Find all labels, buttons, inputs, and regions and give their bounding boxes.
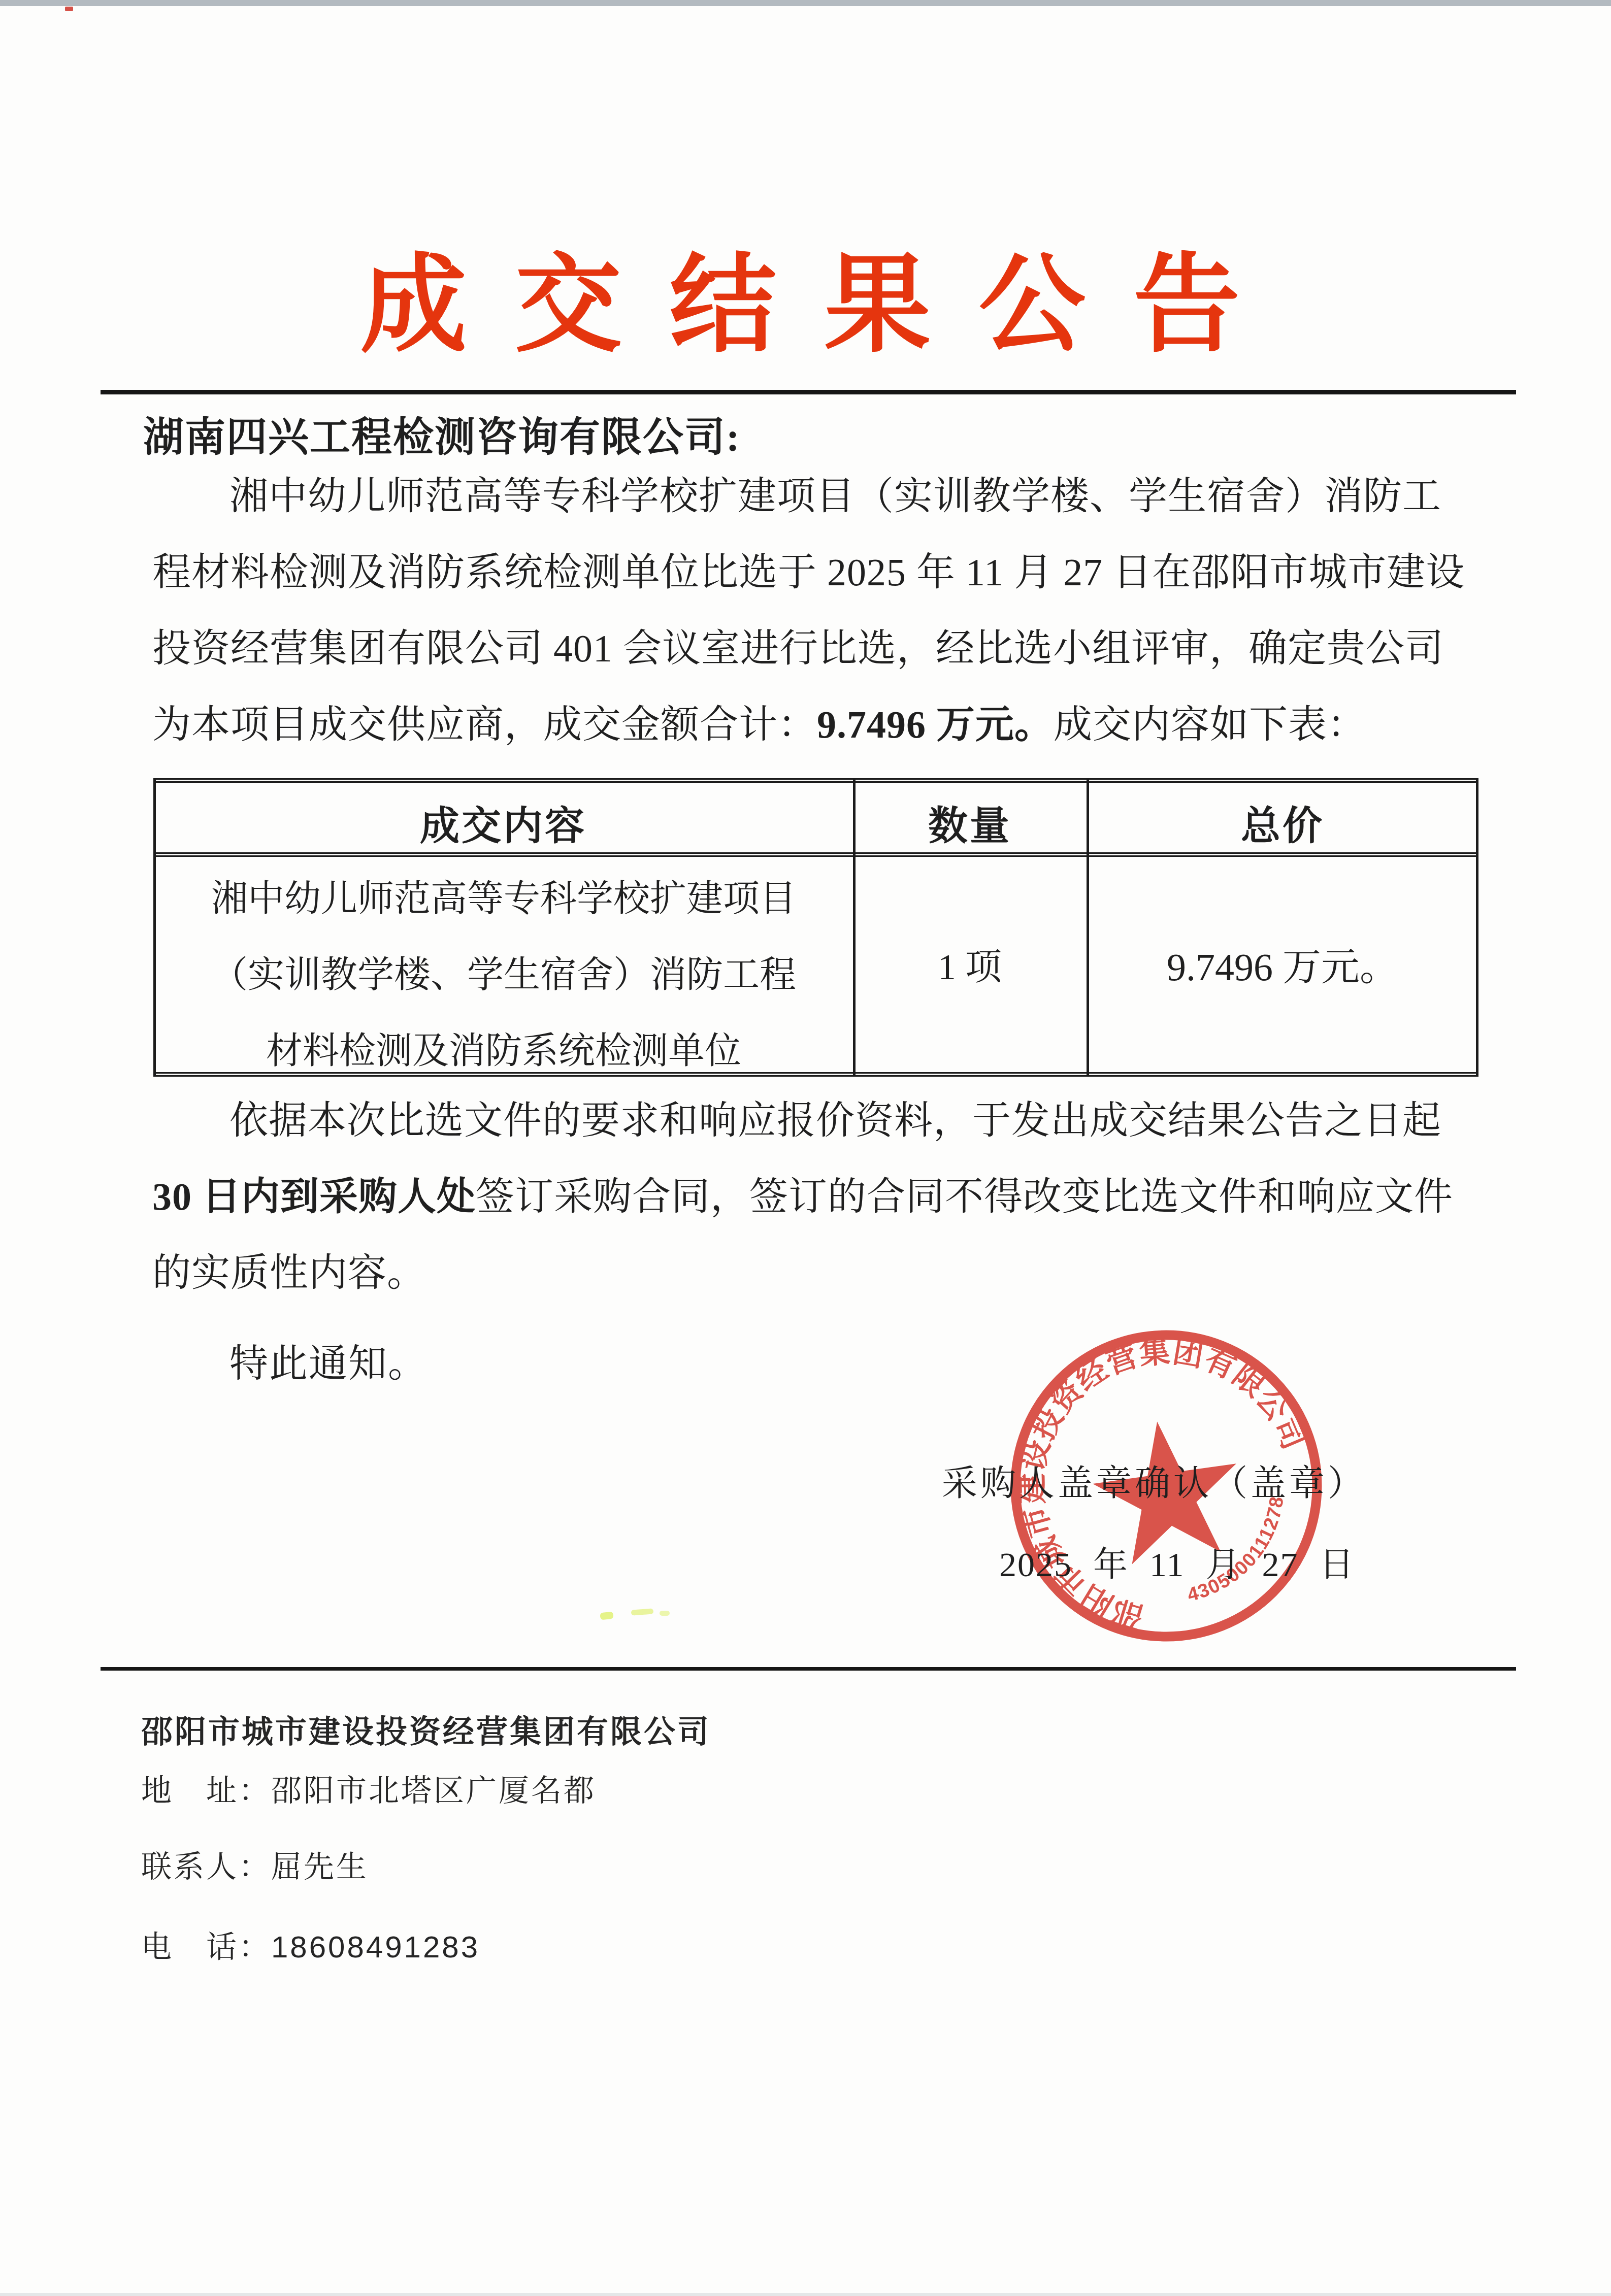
table-border-top	[153, 778, 1478, 783]
paragraph2-line3: 的实质性内容。	[152, 1249, 426, 1297]
award-amount: 9.7496 万元。	[817, 704, 1054, 746]
purchaser-confirm-line: 采购人盖章确认（盖章）	[942, 1455, 1366, 1506]
table-cell-total: 9.7496 万元。	[1087, 854, 1478, 1073]
table-cell-quantity: 1 项	[853, 854, 1087, 1073]
highlighter-mark	[631, 1608, 654, 1615]
award-table: 成交内容 数量 总价 湘中幼儿师范高等专科学校扩建项目 （实训教学楼、学生宿舍）…	[153, 778, 1478, 1077]
amount-tail-text: 成交内容如下表：	[1054, 704, 1366, 746]
paragraph1-line1: 湘中幼儿师范高等专科学校扩建项目（实训教学楼、学生宿舍）消防工	[229, 472, 1441, 521]
scanned-document-page: 成 交 结 果 公 告 湖南四兴工程检测咨询有限公司: 湘中幼儿师范高等专科学校…	[0, 0, 1611, 2296]
scanner-edge-top	[0, 0, 1611, 6]
deadline-text: 30 日内到采购人处	[152, 1176, 476, 1218]
amount-lead-text: 为本项目成交供应商，成交金额合计：	[152, 704, 817, 746]
paragraph1-line3: 投资经营集团有限公司 401 会议室进行比选，经比选小组评审，确定贵公司	[152, 624, 1444, 673]
table-cell-content: 湘中幼儿师范高等专科学校扩建项目 （实训教学楼、学生宿舍）消防工程 材料检测及消…	[174, 860, 834, 1089]
paragraph2-line1: 依据本次比选文件的要求和响应报价资料，于发出成交结果公告之日起	[229, 1096, 1441, 1145]
paragraph1-line4: 为本项目成交供应商，成交金额合计：9.7496 万元。成交内容如下表：	[152, 701, 1366, 749]
footer-contact-person: 联系人：屈先生	[141, 1843, 369, 1886]
content-line: 湘中幼儿师范高等专科学校扩建项目	[174, 860, 834, 937]
footer-address: 地 址：邵阳市北塔区广厦名都	[141, 1767, 596, 1810]
paragraph2-line2: 30 日内到采购人处签订采购合同，签订的合同不得改变比选文件和响应文件	[152, 1173, 1453, 1221]
title-divider-line	[101, 390, 1516, 394]
content-line: （实训教学楼、学生宿舍）消防工程	[174, 937, 834, 1013]
content-line: 材料检测及消防系统检测单位	[174, 1013, 834, 1089]
notice-line: 特此通知。	[229, 1333, 428, 1388]
table-header-quantity: 数量	[853, 794, 1087, 851]
document-title: 成 交 结 果 公 告	[0, 248, 1611, 365]
highlighter-mark	[600, 1612, 613, 1620]
footer-divider-line	[101, 1667, 1516, 1671]
addressee-company: 湖南四兴工程检测咨询有限公司:	[143, 404, 741, 462]
contract-text: 签订采购合同，签订的合同不得改变比选文件和响应文件	[476, 1176, 1453, 1218]
paragraph1-line2: 程材料检测及消防系统检测单位比选于 2025 年 11 月 27 日在邵阳市城市…	[152, 548, 1465, 597]
table-header-content: 成交内容	[153, 794, 853, 851]
highlighter-mark	[660, 1611, 670, 1616]
footer-phone-number: 电 话：18608491283	[141, 1923, 480, 1967]
announcement-date: 2025 年 11 月 27 日	[999, 1537, 1355, 1586]
scanner-edge-bottom	[0, 2293, 1611, 2296]
footer-company-name: 邵阳市城市建设投资经营集团有限公司	[141, 1707, 711, 1752]
ink-speck	[65, 7, 73, 11]
table-header-total: 总价	[1087, 794, 1478, 851]
